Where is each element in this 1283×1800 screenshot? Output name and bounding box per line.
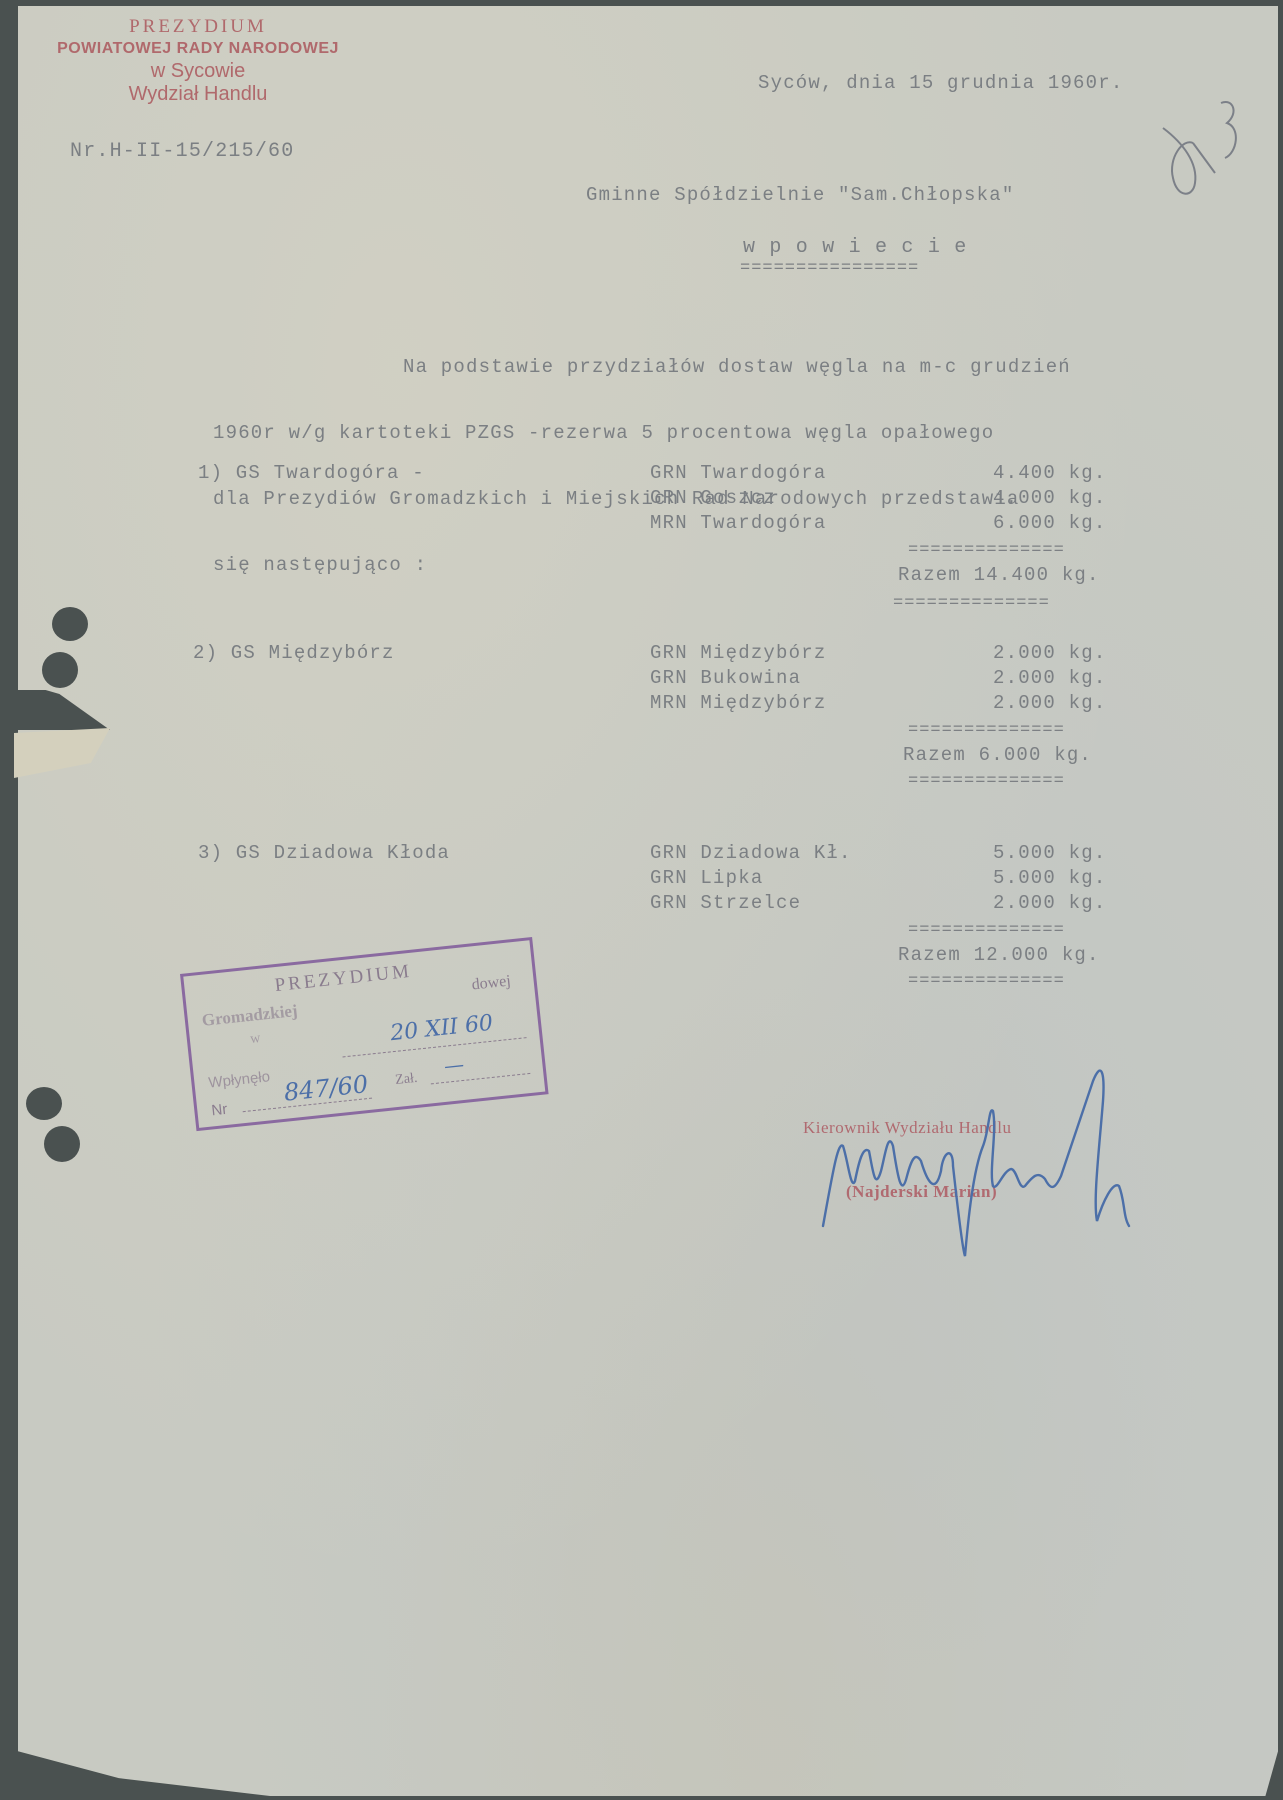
allocation-amount: 2.000 kg. bbox=[993, 692, 1106, 714]
allocation-label: 2) GS Międzybórz bbox=[193, 642, 395, 664]
date-line: Syców, dnia 15 grudnia 1960r. bbox=[758, 72, 1123, 94]
stamp-line-council: POWIATOWEJ RADY NARODOWEJ bbox=[28, 40, 368, 58]
pencil-annotation-icon bbox=[1153, 98, 1253, 208]
allocation-label: 3) GS Dziadowa Kłoda bbox=[198, 842, 450, 864]
allocation-recipient: GRN Bukowina bbox=[650, 667, 801, 689]
punch-hole bbox=[52, 607, 88, 641]
stamp-line-department: Wydział Handlu bbox=[28, 83, 368, 106]
allocation-amount: 5.000 kg. bbox=[993, 867, 1106, 889]
allocation-amount: 4.000 kg. bbox=[993, 487, 1106, 509]
total-separator: ============== bbox=[908, 972, 1065, 991]
allocation-recipient: GRN Lipka bbox=[650, 867, 763, 889]
number-label: Nr bbox=[211, 1101, 229, 1120]
allocation-recipient: GRN Twardogóra bbox=[650, 462, 826, 484]
allocation-recipient: GRN Goszcz bbox=[650, 487, 776, 509]
total-separator: ============== bbox=[893, 594, 1050, 613]
punch-hole bbox=[42, 652, 78, 688]
receipt-stamp-line2-left: Gromadzkiej bbox=[201, 1001, 299, 1031]
document-page: PREZYDIUM POWIATOWEJ RADY NARODOWEJ w Sy… bbox=[18, 6, 1278, 1796]
allocation-total: Razem 14.400 kg. bbox=[898, 564, 1100, 586]
allocation-amount: 5.000 kg. bbox=[993, 842, 1106, 864]
reference-number: Nr.H-II-15/215/60 bbox=[70, 140, 294, 163]
received-label: Wpłynęło bbox=[208, 1068, 271, 1091]
total-separator: ============== bbox=[908, 921, 1065, 940]
allocation-total: Razem 6.000 kg. bbox=[903, 744, 1092, 766]
receipt-stamp: PREZYDIUM Gromadzkiej dowej w Wpłynęło 2… bbox=[180, 937, 549, 1131]
handwritten-signature-icon bbox=[793, 1051, 1153, 1271]
stamp-line-presidium: PREZYDIUM bbox=[28, 16, 368, 38]
stamp-line-city: w Sycowie bbox=[28, 60, 368, 83]
allocation-amount: 2.000 kg. bbox=[993, 667, 1106, 689]
receipt-stamp-title: PREZYDIUM bbox=[274, 961, 413, 997]
allocation-amount: 4.400 kg. bbox=[993, 462, 1106, 484]
allocation-recipient: GRN Międzybórz bbox=[650, 642, 826, 664]
total-separator: ============== bbox=[908, 721, 1065, 740]
body-line-3: dla Prezydiów Gromadzkich i Miejskich Ra… bbox=[213, 488, 1071, 510]
allocation-recipient: GRN Strzelce bbox=[650, 892, 801, 914]
allocation-total: Razem 12.000 kg. bbox=[898, 944, 1100, 966]
registration-number: 847/60 bbox=[283, 1070, 370, 1107]
total-separator: ============== bbox=[908, 772, 1065, 791]
received-date: 20 XII 60 bbox=[389, 1011, 494, 1047]
body-line-2: 1960r w/g kartoteki PZGS -rezerwa 5 proc… bbox=[213, 422, 1071, 444]
attachments-label: Zał. bbox=[395, 1071, 419, 1089]
title-underline: ================ bbox=[740, 259, 919, 278]
attachments-value: — bbox=[443, 1052, 465, 1078]
receipt-stamp-line2-right: dowej bbox=[471, 973, 512, 995]
allocation-amount: 6.000 kg. bbox=[993, 512, 1106, 534]
allocation-recipient: MRN Twardogóra bbox=[650, 512, 826, 534]
allocation-recipient: MRN Międzybórz bbox=[650, 692, 826, 714]
allocation-recipient: GRN Dziadowa Kł. bbox=[650, 842, 852, 864]
document-title: w p o w i e c i e bbox=[743, 236, 967, 259]
allocation-amount: 2.000 kg. bbox=[993, 642, 1106, 664]
punch-hole bbox=[44, 1126, 80, 1162]
body-line-1: Na podstawie przydziałów dostaw węgla na… bbox=[213, 356, 1071, 378]
addressee: Gminne Spółdzielnie "Sam.Chłopska" bbox=[586, 184, 1014, 206]
allocation-amount: 2.000 kg. bbox=[993, 892, 1106, 914]
department-stamp: PREZYDIUM POWIATOWEJ RADY NARODOWEJ w Sy… bbox=[28, 16, 368, 106]
allocation-label: 1) GS Twardogóra - bbox=[198, 462, 425, 484]
total-separator: ============== bbox=[908, 541, 1065, 560]
receipt-stamp-line3: w bbox=[249, 1031, 261, 1048]
punch-hole bbox=[26, 1087, 62, 1120]
